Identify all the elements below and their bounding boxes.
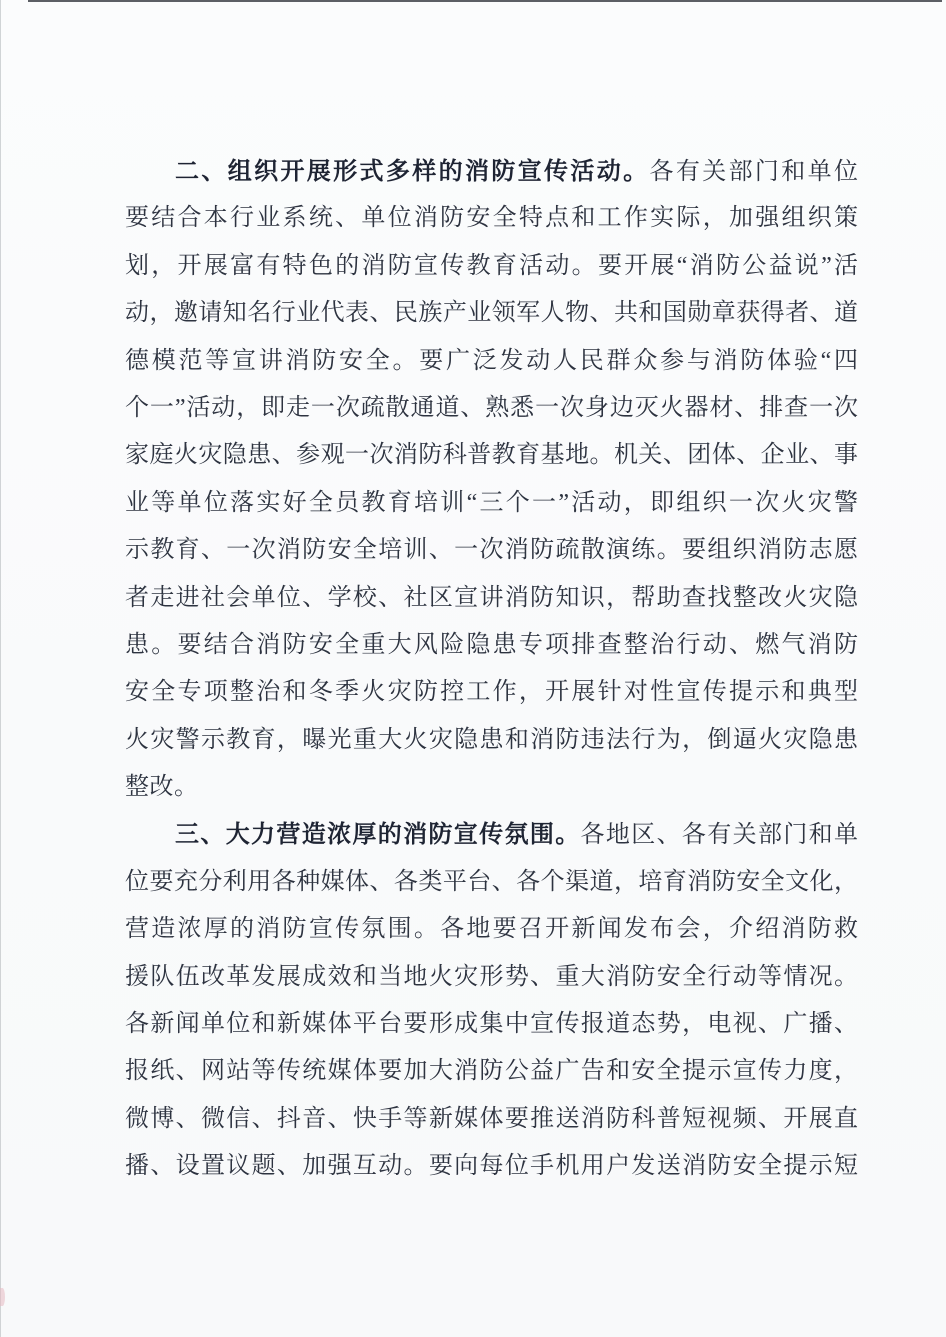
text-line: 者走进社会单位、学校、社区宣讲消防知识，帮助查找整改火灾隐 xyxy=(125,575,858,622)
text-line: 援队伍改革发展成效和当地火灾形势、重大消防安全行动等情况。 xyxy=(125,954,858,1001)
text-line: 德模范等宣讲消防安全。要广泛发动人民群众参与消防体验“四 xyxy=(125,338,858,385)
text-line: 位要充分利用各种媒体、各类平台、各个渠道，培育消防安全文化， xyxy=(125,859,858,906)
text-line: 划，开展富有特色的消防宣传教育活动。要开展“消防公益说”活 xyxy=(125,243,858,290)
text-line: 动，邀请知名行业代表、民族产业领军人物、共和国勋章获得者、道 xyxy=(125,290,858,337)
body-text: 各新闻单位和新媒体平台要形成集中宣传报道态势，电视、广播、 xyxy=(125,1011,858,1037)
body-text: 位要充分利用各种媒体、各类平台、各个渠道，培育消防安全文化， xyxy=(125,869,858,895)
body-text: 安全专项整治和冬季火灾防控工作，开展针对性宣传提示和典型 xyxy=(125,679,858,705)
text-line: 二、组织开展形式多样的消防宣传活动。各有关部门和单位 xyxy=(125,148,858,195)
text-line: 家庭火灾隐患、参观一次消防科普教育基地。机关、团体、企业、事 xyxy=(125,432,858,479)
body-text: 要结合本行业系统、单位消防安全特点和工作实际，加强组织策 xyxy=(125,205,858,231)
body-text: 者走进社会单位、学校、社区宣讲消防知识，帮助查找整改火灾隐 xyxy=(125,585,858,611)
text-line: 报纸、网站等传统媒体要加大消防公益广告和安全提示宣传力度， xyxy=(125,1048,858,1095)
scan-artifact-pink-smudge xyxy=(0,1288,5,1306)
body-text: 示教育、一次消防安全培训、一次消防疏散演练。要组织消防志愿 xyxy=(125,537,858,563)
text-line: 个一”活动，即走一次疏散通道、熟悉一次身边灭火器材、排查一次 xyxy=(125,385,858,432)
body-text: 整改。 xyxy=(125,774,199,800)
section-heading-text: 二、组织开展形式多样的消防宣传活动。 xyxy=(175,158,649,185)
body-text: 微博、微信、抖音、快手等新媒体要推送消防科普短视频、开展直 xyxy=(125,1106,858,1132)
body-text: 营造浓厚的消防宣传氛围。各地要召开新闻发布会，介绍消防救 xyxy=(125,916,858,942)
body-text: 家庭火灾隐患、参观一次消防科普教育基地。机关、团体、企业、事 xyxy=(125,442,858,468)
body-text: 业等单位落实好全员教育培训“三个一”活动，即组织一次火灾警 xyxy=(125,490,858,516)
text-line: 业等单位落实好全员教育培训“三个一”活动，即组织一次火灾警 xyxy=(125,480,858,527)
text-line: 安全专项整治和冬季火灾防控工作，开展针对性宣传提示和典型 xyxy=(125,669,858,716)
body-text: 各地区、各有关部门和单 xyxy=(581,822,858,848)
scanned-page: 二、组织开展形式多样的消防宣传活动。各有关部门和单位要结合本行业系统、单位消防安… xyxy=(0,0,946,1337)
body-text: 患。要结合消防安全重大风险隐患专项排查整治行动、燃气消防 xyxy=(125,632,858,658)
document-body: 二、组织开展形式多样的消防宣传活动。各有关部门和单位要结合本行业系统、单位消防安… xyxy=(125,148,858,1191)
text-line: 示教育、一次消防安全培训、一次消防疏散演练。要组织消防志愿 xyxy=(125,527,858,574)
text-line: 各新闻单位和新媒体平台要形成集中宣传报道态势，电视、广播、 xyxy=(125,1001,858,1048)
body-text: 播、设置议题、加强互动。要向每位手机用户发送消防安全提示短 xyxy=(125,1153,858,1179)
body-text: 动，邀请知名行业代表、民族产业领军人物、共和国勋章获得者、道 xyxy=(125,300,858,326)
body-text: 个一”活动，即走一次疏散通道、熟悉一次身边灭火器材、排查一次 xyxy=(125,395,858,421)
body-text: 报纸、网站等传统媒体要加大消防公益广告和安全提示宣传力度， xyxy=(125,1058,858,1084)
scan-artifact-top-edge-line xyxy=(28,0,942,2)
body-text: 各有关部门和单位 xyxy=(649,159,858,185)
body-text: 划，开展富有特色的消防宣传教育活动。要开展“消防公益说”活 xyxy=(125,253,858,279)
body-text: 援队伍改革发展成效和当地火灾形势、重大消防安全行动等情况。 xyxy=(125,964,858,990)
text-line: 整改。 xyxy=(125,764,858,811)
text-line: 三、大力营造浓厚的消防宣传氛围。各地区、各有关部门和单 xyxy=(125,811,858,858)
text-line: 要结合本行业系统、单位消防安全特点和工作实际，加强组织策 xyxy=(125,195,858,242)
text-line: 营造浓厚的消防宣传氛围。各地要召开新闻发布会，介绍消防救 xyxy=(125,906,858,953)
section-heading-text: 三、大力营造浓厚的消防宣传氛围。 xyxy=(175,821,581,848)
text-line: 播、设置议题、加强互动。要向每位手机用户发送消防安全提示短 xyxy=(125,1143,858,1190)
body-text: 德模范等宣讲消防安全。要广泛发动人民群众参与消防体验“四 xyxy=(125,348,858,374)
text-line: 火灾警示教育，曝光重大火灾隐患和消防违法行为，倒逼火灾隐患 xyxy=(125,717,858,764)
scan-artifact-left-edge-line xyxy=(0,0,1,1337)
body-text: 火灾警示教育，曝光重大火灾隐患和消防违法行为，倒逼火灾隐患 xyxy=(125,727,858,753)
text-line: 微博、微信、抖音、快手等新媒体要推送消防科普短视频、开展直 xyxy=(125,1096,858,1143)
text-line: 患。要结合消防安全重大风险隐患专项排查整治行动、燃气消防 xyxy=(125,622,858,669)
